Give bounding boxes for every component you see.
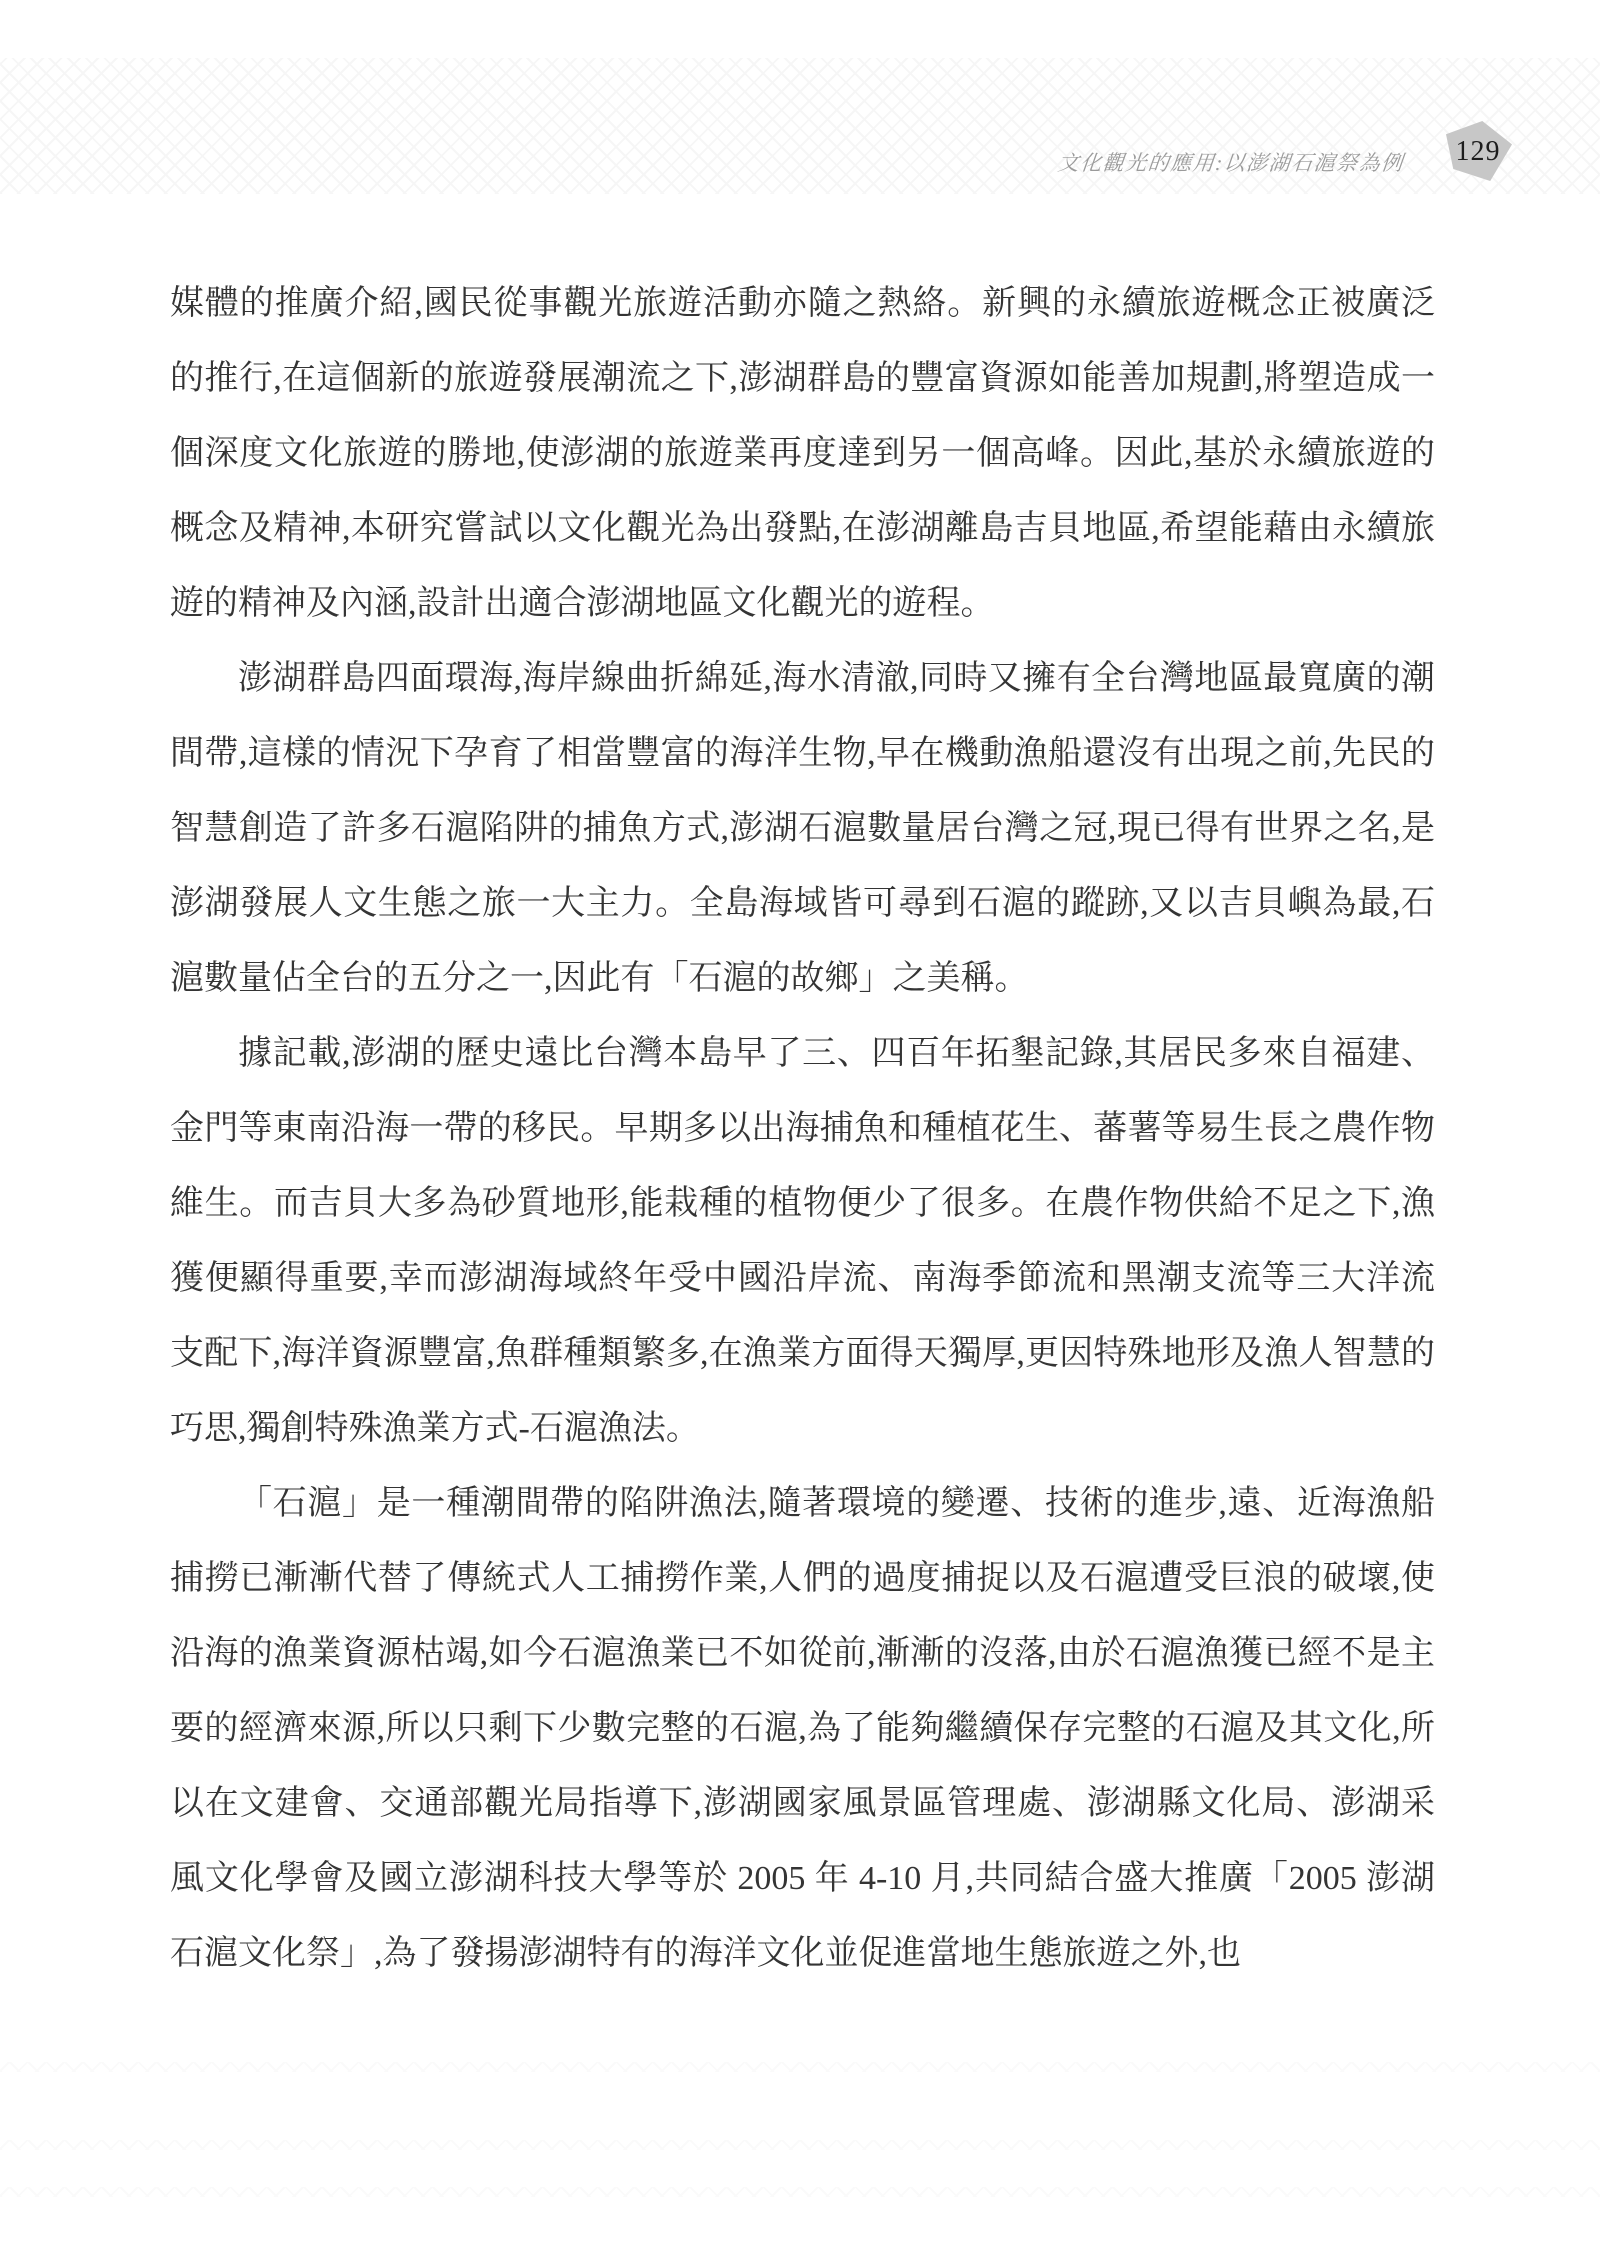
- running-header-title: 文化觀光的應用:以澎湖石滬祭為例: [1056, 147, 1419, 177]
- body-text-block: 媒體的推廣介紹,國民從事觀光旅遊活動亦隨之熱絡。新興的永續旅遊概念正被廣泛的推行…: [170, 266, 1435, 1991]
- paragraph: 「石滬」是一種潮間帶的陷阱漁法,隨著環境的變遷、技術的進步,遠、近海漁船捕撈已漸…: [170, 1466, 1435, 1991]
- page-number: 129: [1456, 136, 1501, 168]
- document-page: 文化觀光的應用:以澎湖石滬祭為例 129 媒體的推廣介紹,國民從事觀光旅遊活動亦…: [0, 0, 1600, 2245]
- watermark-pattern-bottom: [0, 2187, 1600, 2197]
- page-number-badge: 129: [1446, 121, 1512, 181]
- watermark-pattern-bottom: [0, 2062, 1600, 2072]
- paragraph: 澎湖群島四面環海,海岸線曲折綿延,海水清澈,同時又擁有全台灣地區最寬廣的潮間帶,…: [170, 641, 1435, 1016]
- watermark-pattern-bottom: [0, 2140, 1600, 2150]
- paragraph: 據記載,澎湖的歷史遠比台灣本島早了三、四百年拓墾記錄,其居民多來自福建、金門等東…: [170, 1016, 1435, 1466]
- paragraph: 媒體的推廣介紹,國民從事觀光旅遊活動亦隨之熱絡。新興的永續旅遊概念正被廣泛的推行…: [170, 266, 1435, 641]
